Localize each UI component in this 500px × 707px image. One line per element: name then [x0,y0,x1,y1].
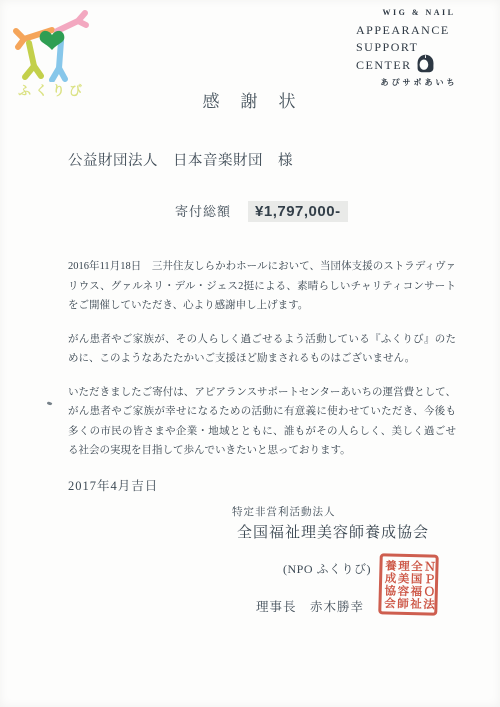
donation-amount: ¥1,797,000- [248,201,348,222]
signer-org-alias: (NPO ふくりび) [283,560,371,577]
signer-org-type: 特定非営利活動法人 [232,504,336,519]
fukuribi-logo: ふくりび [8,10,96,99]
asc-logo: WIG & NAIL Appearance Support Center あぴサ… [348,8,490,88]
asc-tagline: WIG & NAIL [348,8,490,17]
wig-head-icon [416,54,435,73]
signer-name: 理事長 赤木勝幸 [256,597,364,615]
issue-date: 2017年4月吉日 [68,476,158,494]
asc-wordmark-appearance: Appearance [348,20,490,37]
official-seal-stamp: ＮＰＯ法全国福祉理美容師養成協会 [378,553,439,616]
certificate-page: ふくりび WIG & NAIL Appearance Support Cente… [0,0,500,707]
fukuribi-logo-mark-icon [12,10,92,82]
donation-label: 寄付総額 [175,201,231,220]
signer-org-name: 全国福祉理美容師養成協会 [237,521,429,542]
asc-wordmark-center-row: Center [348,54,490,73]
body-paragraph-3: いただきましたご寄付は、アピアランスサポートセンターあいちの運営費として、がん患… [68,383,456,461]
asc-wordmark-center: Center [356,55,412,72]
recipient-name: 公益財団法人 日本音楽財団 様 [68,149,293,170]
certificate-body: 2016年11月18日 三井住友しらかわホールにおいて、当団体支援のストラディヴ… [68,257,456,475]
seal-text: ＮＰＯ法全国福祉理美容師養成協会 [382,558,435,611]
donation-row: 寄付総額 ¥1,797,000- [175,201,348,222]
scan-speck [47,401,53,406]
asc-wordmark-support: Support [348,37,490,54]
body-paragraph-2: がん患者やご家族が、その人らしく過ごせるよう活動している『ふくりび』のために、こ… [68,330,456,369]
certificate-title: 感 謝 状 [0,87,500,112]
body-paragraph-1: 2016年11月18日 三井住友しらかわホールにおいて、当団体支援のストラディヴ… [68,257,456,316]
